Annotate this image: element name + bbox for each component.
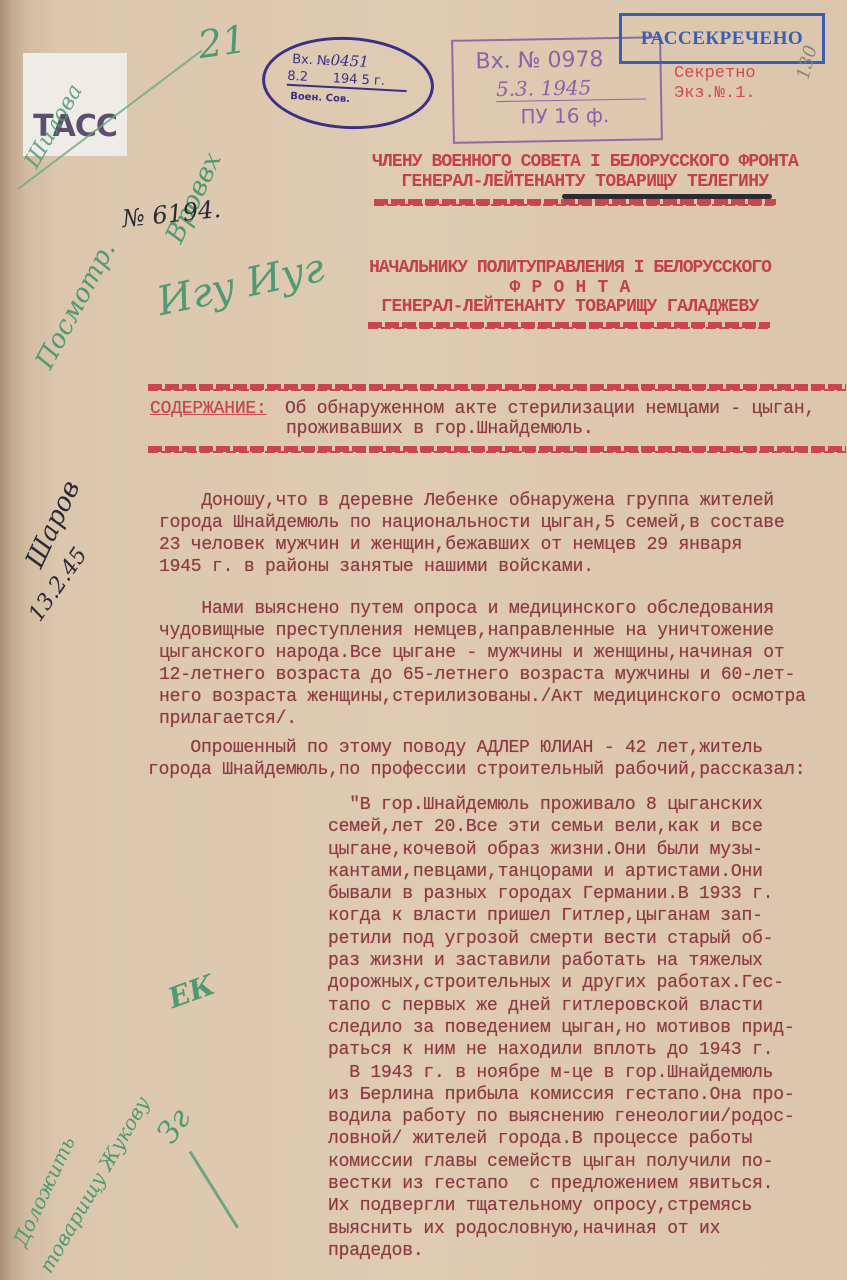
p2-line: прилагается/. xyxy=(159,708,806,730)
p2-line: цыганского народа.Все цыгане - мужчины и… xyxy=(159,642,806,664)
stamp-number: 0451 xyxy=(330,51,369,71)
paragraph-3: Опрошенный по этому поводу АДЛЕР ЮЛИАН -… xyxy=(148,737,805,781)
handwritten-green-initials: Игу Иуг xyxy=(153,245,328,325)
p1-line: 23 человек мужчин и женщин,бежавших от н… xyxy=(159,534,785,556)
subject-line-2: проживавших в гор.Шнайдемюль. xyxy=(286,418,593,440)
quote-line: раз жизни и заставили работать на тяжелы… xyxy=(328,950,794,972)
secrecy-copy: Экз.№.1. xyxy=(674,84,756,104)
document-page: ТАСС 21 Шилова Посмотр. Вроввх Игу Иуг №… xyxy=(0,0,847,1280)
incoming-registry-stamp: Вх. №0451 8.2 194 5 г. Воен. Сов. xyxy=(260,33,437,134)
quote-line: вестки из гестапо с предложением явиться… xyxy=(328,1173,794,1195)
quote-line: выяснить их родословную,начиная от их xyxy=(328,1218,794,1240)
subject-label: СОДЕРЖАНИЕ: xyxy=(150,398,267,420)
secrecy-block: Секретно Экз.№.1. xyxy=(674,64,756,104)
quote-line: комиссии главы семейств цыган получили п… xyxy=(328,1151,794,1173)
pu-stamp-date: 5.3. 1945 xyxy=(496,74,646,102)
p2-line: 12-летнего возраста до 65-летнего возрас… xyxy=(159,664,806,686)
addressee-2-rule xyxy=(368,322,770,328)
handwritten-green-initials-bottom: ЕК xyxy=(164,968,219,1015)
quote-line: В 1943 г. в ноябре м-це в гор.Шнайдемюль xyxy=(328,1062,794,1084)
addressee-1-line-2: ГЕНЕРАЛ-ЛЕЙТЕНАНТУ ТОВАРИЩУ ТЕЛЕГИНУ xyxy=(340,172,830,192)
handwritten-green-resolution: Посмотр. xyxy=(30,237,122,374)
quote-line: когда к власти пришел Гитлер,цыганам зап… xyxy=(328,905,794,927)
quote-line: следило за поведением цыган,но мотивов п… xyxy=(328,1017,794,1039)
p2-line: Нами выяснено путем опроса и медицинског… xyxy=(159,598,806,620)
quote-line: раться к ним не находили вплоть до 1943 … xyxy=(328,1039,794,1061)
quote-line: семей,лет 20.Все эти семьи вели,как и вс… xyxy=(328,816,794,838)
quote-line: цыгане,кочевой образ жизни.Они были музы… xyxy=(328,839,794,861)
declassified-stamp: РАССЕКРЕЧЕНО xyxy=(619,13,825,64)
paragraph-2: Нами выяснено путем опроса и медицинског… xyxy=(159,598,806,730)
quote-line: Их подвергли тщательному опросу,стремясь xyxy=(328,1195,794,1217)
addressee-2-line-3: ГЕНЕРАЛ-ЛЕЙТЕНАНТУ ТОВАРИЩУ ГАЛАДЖЕВУ xyxy=(330,297,810,317)
stamp-org: Воен. Сов. xyxy=(290,91,350,105)
handwritten-top-number: 21 xyxy=(195,17,249,67)
pu-stamp-number: Вх. № 0978 xyxy=(475,47,603,74)
quote-line: из Берлина прибыла комиссия гестапо.Она … xyxy=(328,1084,794,1106)
subject-line-1: Об обнаруженном акте стерилизации немцам… xyxy=(285,398,815,420)
handwritten-doc-number: № 6194. xyxy=(121,195,222,233)
stamp-prefix: Вх. № xyxy=(292,52,331,69)
stamp-date: 8.2 xyxy=(287,69,308,85)
p1-line: 1945 г. в районы занятые нашими войсками… xyxy=(159,556,785,578)
quote-line: тапо с первых же дней гитлеровской власт… xyxy=(328,995,794,1017)
p2-line: чудовищные преступления немцев,направлен… xyxy=(159,620,806,642)
p1-line: Доношу,что в деревне Лебенке обнаружена … xyxy=(159,490,785,512)
quote-line: водила работу по выяснению генеологии/ро… xyxy=(328,1106,794,1128)
subject-rule-bottom xyxy=(148,446,846,452)
quote-line: бывали в разных городах Германии.В 1933 … xyxy=(328,883,794,905)
ink-underline xyxy=(562,194,772,199)
quote-line: дорожных,строительных и других работах.Г… xyxy=(328,972,794,994)
quote-line: прадедов. xyxy=(328,1240,794,1262)
secrecy-classification: Секретно xyxy=(674,64,756,84)
pu-stamp-dept: ПУ 16 ф. xyxy=(520,103,609,129)
handwritten-green-signature: Зг xyxy=(150,1102,198,1150)
quote-line: "В гор.Шнайдемюль проживало 8 цыганских xyxy=(328,794,794,816)
green-signature-stroke xyxy=(189,1151,239,1229)
stamp-year: 194 5 г. xyxy=(332,71,385,89)
subject-rule-top xyxy=(148,384,846,390)
p1-line: города Шнайдемюль по национальности цыга… xyxy=(159,512,785,534)
testimony-quote: "В гор.Шнайдемюль проживало 8 цыганских … xyxy=(328,794,794,1262)
paragraph-1: Доношу,что в деревне Лебенке обнаружена … xyxy=(159,490,785,578)
p3-line: Опрошенный по этому поводу АДЛЕР ЮЛИАН -… xyxy=(148,737,805,759)
p2-line: него возраста женщины,стерилизованы./Акт… xyxy=(159,686,806,708)
addressee-2-line-2: Ф Р О Н Т А xyxy=(330,278,810,298)
addressee-1-rule xyxy=(374,199,776,205)
quote-line: ловной/ жителей города.В процессе работы xyxy=(328,1128,794,1150)
addressee-1-line-1: ЧЛЕНУ ВОЕННОГО СОВЕТА I БЕЛОРУССКОГО ФРО… xyxy=(340,152,830,172)
quote-line: ретили под угрозой смерти вести старый о… xyxy=(328,928,794,950)
quote-line: кантами,певцами,танцорами и артистами.Он… xyxy=(328,861,794,883)
addressee-2-line-1: НАЧАЛЬНИКУ ПОЛИТУПРАВЛЕНИЯ I БЕЛОРУССКОГ… xyxy=(330,258,810,278)
p3-line: города Шнайдемюль,по профессии строитель… xyxy=(148,759,805,781)
